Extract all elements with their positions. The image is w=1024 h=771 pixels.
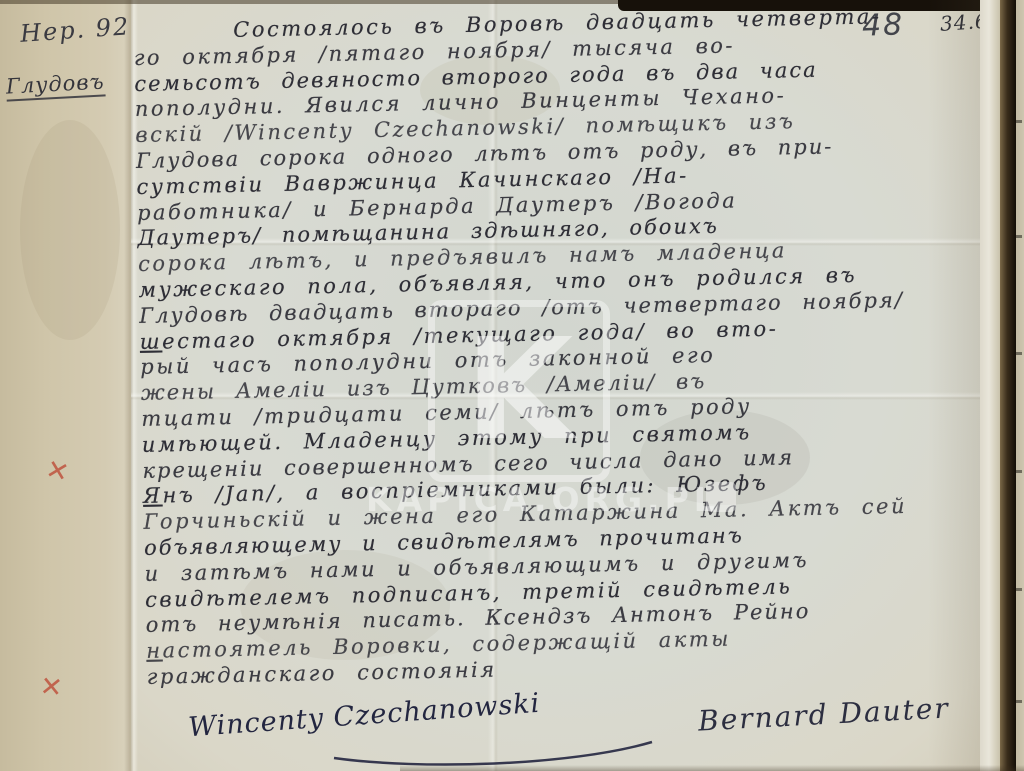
next-page-ink-mark — [1016, 352, 1022, 355]
signature-flourish — [330, 738, 660, 766]
next-page-ink-mark — [1016, 120, 1022, 123]
page-edge-fold — [980, 0, 1000, 771]
next-page-sliver — [1016, 0, 1024, 771]
next-page-ink-mark — [1016, 588, 1022, 591]
paper-stain — [20, 120, 120, 340]
record-text-block: Состоялось въ Воровѣ двадцать четверта- … — [133, 2, 1007, 691]
page-left-margin — [0, 0, 131, 771]
next-page-ink-mark — [1016, 235, 1022, 238]
scan-edge-bottom — [400, 765, 1024, 771]
binding-gutter-dark — [1000, 0, 1016, 771]
next-page-ink-mark — [1016, 470, 1022, 473]
red-cross-mark: ✕ — [38, 671, 64, 704]
margin-place-name: Глудовъ — [5, 69, 105, 101]
next-page-ink-mark — [1016, 700, 1022, 703]
scanned-register-page: Нер. 92 Глудовъ ✕ ✕ 48 34.6. Состоялось … — [0, 0, 1024, 771]
